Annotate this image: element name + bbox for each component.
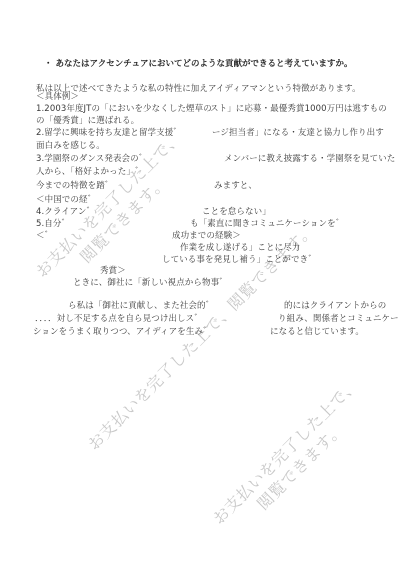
text-line-segment: 4.クライアン゛: [36, 207, 95, 217]
text-line-segment: 1.2003年度JTの「においを少なくした煙草の: [36, 104, 212, 114]
text-line-segment: ときに、御社に「新しい視点から物事゛: [73, 278, 228, 288]
text-line-segment: 3.学園祭のダンス発表会の゛: [36, 154, 147, 164]
text-line-segment: ＜具体例＞: [36, 92, 79, 102]
text-line-segment: ら私は「御社に貢献し、また社会的゛: [68, 301, 214, 311]
text-line-segment: 秀賞＞: [100, 266, 126, 276]
text-line-segment: メンバーに教え披露する・学園祭を見ていた: [224, 154, 395, 164]
text-line-segment: になると信じています。: [270, 327, 364, 337]
question-heading: ・ あなたはアクセンチュアにおいてどのような貢献ができると考えていますか。: [44, 59, 352, 69]
text-line-segment: 今までの特徴を踏゛: [36, 181, 113, 191]
text-line-segment: している事を発見し補う」ことができ゛: [162, 255, 317, 265]
text-line-segment: の「優秀賞」に選ばれる。: [36, 116, 139, 126]
text-line-segment: ションをうまく取りつつ、アイディアを生み゛: [33, 327, 212, 337]
text-line-segment: 的にはクライアントからの: [284, 301, 386, 311]
text-line-segment: 5.自分゛: [36, 219, 70, 229]
text-line-segment: も「素直に聞きコミュニケーションを゛: [190, 219, 344, 229]
watermark-text-line1: お支払いを完了した上で、: [208, 374, 363, 529]
text-line-segment: 面白みを感じる。: [36, 141, 105, 151]
text-line-segment: 2.留学に興味を持ち友達と留学支援゛: [36, 128, 182, 138]
text-line-segment: ことを怠らない」: [202, 207, 271, 217]
text-line-segment: スト」に応募・最優秀賞1000万円は逃すもの: [210, 104, 387, 114]
text-line-segment: 人から、「格好よかった」゛: [36, 167, 144, 177]
text-line-segment: ージ担当者」になる・友達と協力し作り出す: [212, 128, 384, 138]
text-line-segment: ＜中国での経゛: [36, 195, 96, 205]
text-line-segment: 成功までの経験＞: [172, 231, 241, 241]
text-line-segment: ＜゛: [36, 231, 53, 241]
text-line-segment: り組み、関係者とコミュニケー: [278, 314, 399, 324]
payment-watermark: お支払いを完了した上で、閲覧できます。: [208, 374, 377, 543]
text-line-segment: 作業を成し遂げる」ことに尽力: [180, 243, 300, 253]
watermark-text-line2: 閲覧できます。: [223, 389, 378, 544]
text-line-segment: みますと、: [214, 181, 257, 191]
text-line-segment: 私は以上で述べてきたような私の特性に加えアイディアマンという特徴があります。: [36, 84, 361, 94]
text-line-segment: ．．．．対し不足する点を自ら見つけ出しス゛: [35, 314, 203, 324]
document-page: お支払いを完了した上で、閲覧できます。お支払いを完了した上で、閲覧できます。お支…: [0, 0, 410, 580]
